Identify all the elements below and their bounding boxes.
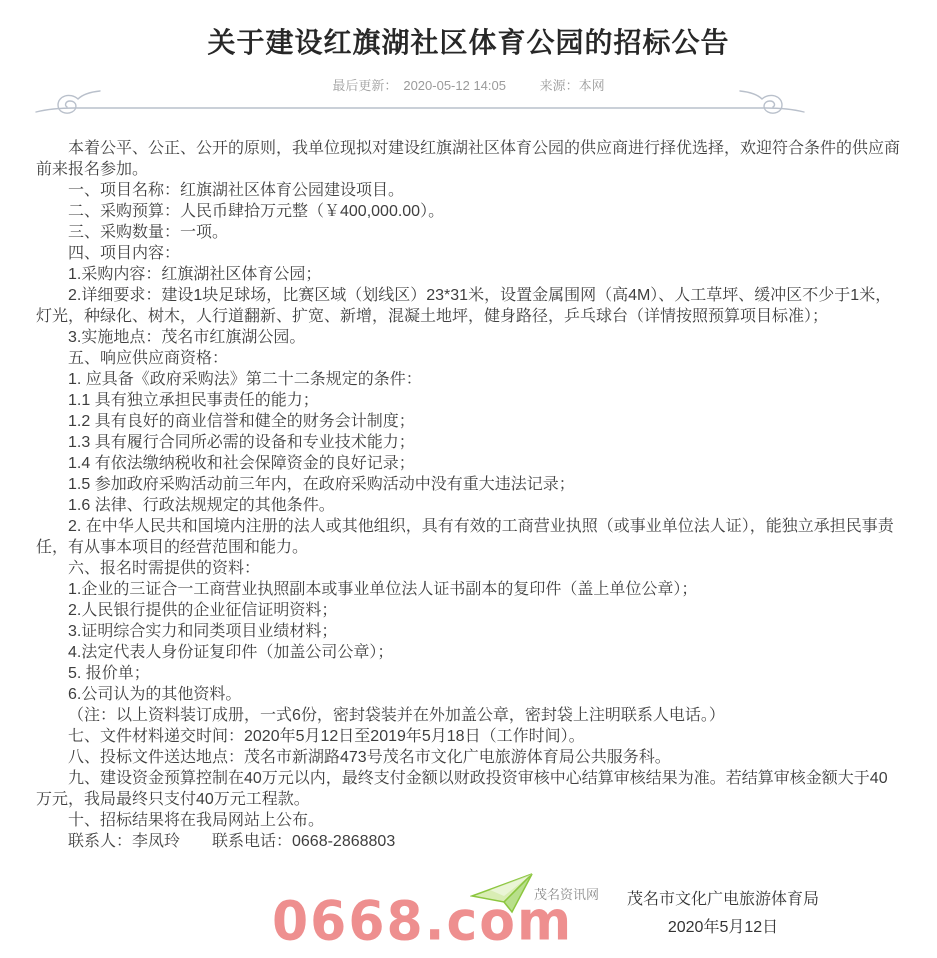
article-paragraph: 1.6 法律、行政法规规定的其他条件。 (36, 495, 901, 516)
article-paragraph: 1.5 参加政府采购活动前三年内，在政府采购活动中没有重大违法记录； (36, 474, 901, 495)
article-paragraph: 三、采购数量：一项。 (36, 222, 901, 243)
logo-text: 0668.com (272, 895, 602, 949)
issuer-name: 茂名市文化广电旅游体育局 (612, 890, 834, 909)
article-paragraph: 一、项目名称：红旗湖社区体育公园建设项目。 (36, 180, 901, 201)
article-paragraph: 2.详细要求：建设1块足球场，比赛区域（划线区）23*31米，设置金属围网（高4… (36, 285, 901, 327)
article-paragraph: 七、文件材料递交时间：2020年5月12日至2019年5月18日（工作时间）。 (36, 726, 901, 747)
article-paragraph: 1.企业的三证合一工商营业执照副本或事业单位法人证书副本的复印件（盖上单位公章）… (36, 579, 901, 600)
last-updated-label: 最后更新： (332, 78, 397, 93)
article-paragraph: 1. 应具备《政府采购法》第二十二条规定的条件： (36, 369, 901, 390)
article-paragraph: 五、响应供应商资格： (36, 348, 901, 369)
issue-date: 2020年5月12日 (612, 918, 834, 937)
page-title: 关于建设红旗湖社区体育公园的招标公告 (0, 26, 937, 60)
source-label: 来源： (540, 78, 579, 93)
article-paragraph: 1.1 具有独立承担民事责任的能力； (36, 390, 901, 411)
article-paragraph: 3.证明综合实力和同类项目业绩材料； (36, 621, 901, 642)
article-paragraph: 1.2 具有良好的商业信誉和健全的财务会计制度； (36, 411, 901, 432)
article-paragraph: 联系人：李凤玲 联系电话：0668-2868803 (36, 831, 901, 852)
article-paragraph: 本着公平、公正、公开的原则，我单位现拟对建设红旗湖社区体育公园的供应商进行择优选… (36, 138, 901, 180)
article-paragraph: 六、报名时需提供的资料： (36, 558, 901, 579)
footer: 茂名资讯网 0668.com 茂名市文化广电旅游体育局 2020年5月12日 (0, 876, 937, 958)
article-paragraph: 八、投标文件送达地点：茂名市新湖路473号茂名市文化广电旅游体育局公共服务科。 (36, 747, 901, 768)
article-paragraph: 1.4 有依法缴纳税收和社会保障资金的良好记录； (36, 453, 901, 474)
article-paragraph: 1.采购内容：红旗湖社区体育公园； (36, 264, 901, 285)
article-paragraph: 1.3 具有履行合同所必需的设备和专业技术能力； (36, 432, 901, 453)
article-paragraph: 4.法定代表人身份证复印件（加盖公司公章）； (36, 642, 901, 663)
article-paragraph: 2.人民银行提供的企业征信证明资料； (36, 600, 901, 621)
article-paragraph: （注：以上资料装订成册，一式6份，密封袋装并在外加盖公章，密封袋上注明联系人电话… (36, 705, 901, 726)
article-body: 本着公平、公正、公开的原则，我单位现拟对建设红旗湖社区体育公园的供应商进行择优选… (0, 138, 937, 852)
article-paragraph: 5. 报价单； (36, 663, 901, 684)
article-paragraph: 二、采购预算：人民币肆拾万元整（￥400,000.00）。 (36, 201, 901, 222)
issuer-block: 茂名市文化广电旅游体育局 2020年5月12日 (612, 890, 834, 937)
site-logo: 茂名资讯网 0668.com (272, 876, 602, 956)
article-paragraph: 四、项目内容： (36, 243, 901, 264)
article-paragraph: 6.公司认为的其他资料。 (36, 684, 901, 705)
announcement-page: 关于建设红旗湖社区体育公园的招标公告 最后更新：2020-05-12 14:05… (0, 0, 937, 958)
article-paragraph: 九、建设资金预算控制在40万元以内，最终支付金额以财政投资审核中心结算审核结果为… (36, 768, 901, 810)
article-paragraph: 3.实施地点：茂名市红旗湖公园。 (36, 327, 901, 348)
last-updated-value: 2020-05-12 14:05 (403, 78, 506, 93)
article-paragraph: 2. 在中华人民共和国境内注册的法人或其他组织，具有有效的工商营业执照（或事业单… (36, 516, 901, 558)
source-value: 本网 (579, 78, 605, 93)
article-paragraph: 十、招标结果将在我局网站上公布。 (36, 810, 901, 831)
